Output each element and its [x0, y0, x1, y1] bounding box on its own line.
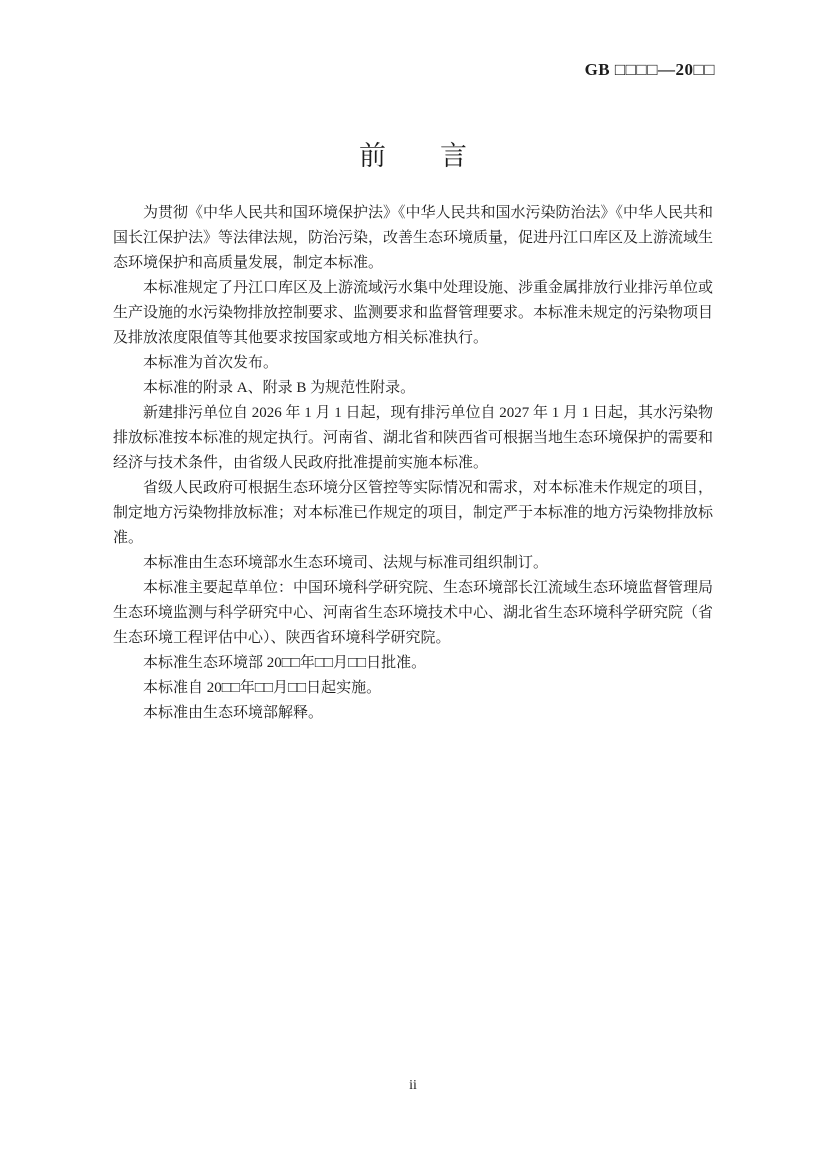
standard-number: GB □□□□—20□□ [585, 60, 715, 79]
paragraph-first-release: 本标准为首次发布。 [113, 351, 713, 376]
paragraph-scope: 本标准规定了丹江口库区及上游流域污水集中处理设施、涉重金属排放行业排污单位或生产… [113, 276, 713, 351]
paragraph-approval-date: 本标准生态环境部 20□□年□□月□□日批准。 [113, 651, 713, 676]
document-body: 为贯彻《中华人民共和国环境保护法》《中华人民共和国水污染防治法》《中华人民共和国… [113, 201, 713, 726]
paragraph-interpretation: 本标准由生态环境部解释。 [113, 701, 713, 726]
page-header: GB □□□□—20□□ [0, 60, 715, 80]
paragraph-drafting-units: 本标准主要起草单位：中国环境科学研究院、生态环境部长江流域生态环境监督管理局生态… [113, 576, 713, 651]
page-footer: ii [0, 1078, 826, 1094]
paragraph-purpose: 为贯彻《中华人民共和国环境保护法》《中华人民共和国水污染防治法》《中华人民共和国… [113, 201, 713, 276]
document-page: GB □□□□—20□□ 前 言 为贯彻《中华人民共和国环境保护法》《中华人民共… [0, 0, 826, 1169]
page-title: 前 言 [0, 134, 826, 173]
paragraph-appendices: 本标准的附录 A、附录 B 为规范性附录。 [113, 376, 713, 401]
paragraph-organizers: 本标准由生态环境部水生态环境司、法规与标准司组织制订。 [113, 551, 713, 576]
paragraph-effective-date: 本标准自 20□□年□□月□□日起实施。 [113, 676, 713, 701]
page-number: ii [409, 1078, 417, 1093]
paragraph-implementation-dates: 新建排污单位自 2026 年 1 月 1 日起，现有排污单位自 2027 年 1… [113, 401, 713, 476]
paragraph-local-standards: 省级人民政府可根据生态环境分区管控等实际情况和需求，对本标准未作规定的项目，制定… [113, 476, 713, 551]
